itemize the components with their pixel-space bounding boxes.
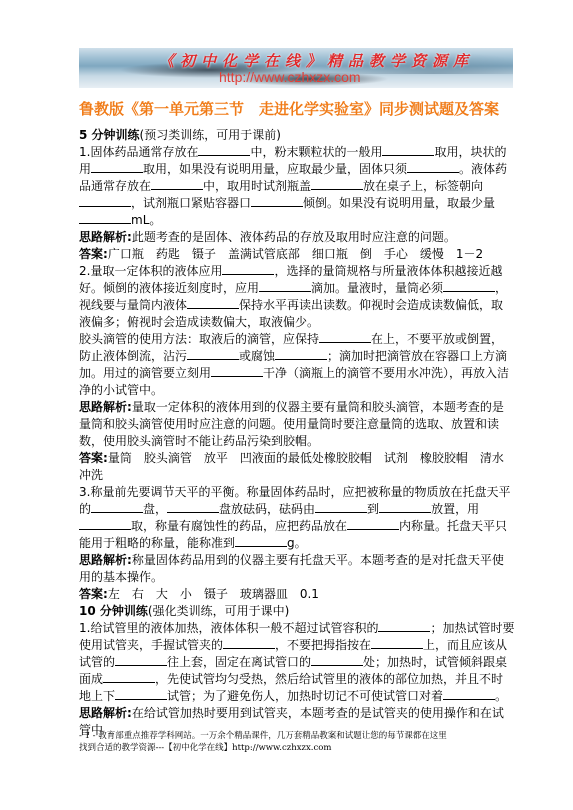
blank (91, 501, 143, 513)
banner-url[interactable]: http://www.czhxzx.com (219, 69, 361, 85)
blank (259, 280, 311, 292)
section-heading: 10 分钟训练(强化类训练，可用于课中) (79, 603, 515, 620)
question-2: 2.量取一定体积的液体应用，选择的量筒规格与所量液体体积越接近越好。倾倒的液体接… (79, 263, 515, 331)
blank (347, 518, 399, 530)
analysis: 思路解析:称量固体药品用到的仪器主要有托盘天平。本题考查的是对托盘天平使用的基本… (79, 552, 515, 586)
blank (151, 178, 203, 190)
banner-title: 《初中化学在线》精品教学资源库 (159, 50, 474, 71)
blank (79, 518, 131, 530)
blank (275, 348, 327, 360)
answer: 答案:广口瓶 药匙 镊子 盖满试管底部 细口瓶 倒 手心 缓慢 1－2 (79, 246, 515, 263)
blank (407, 161, 459, 173)
answer: 答案:左 右 大 小 镊子 玻璃器皿 0.1 (79, 586, 515, 603)
question-4: 1.给试管里的液体加热，液体体积一般不超过试管容积的；加热试管时要使用试管夹，手… (79, 620, 515, 705)
section-heading: 5 分钟训练(预习类训练，可用于课前) (79, 127, 515, 144)
question-3: 3.称量前先要调节天平的平衡。称量固体药品时，应把被称量的物质放在托盘天平的盘，… (79, 484, 515, 552)
blank (311, 178, 363, 190)
document-body: 5 分钟训练(预习类训练，可用于课前) 1.固体药品通常存放在中，粉末颗粒状的一… (79, 127, 515, 739)
blank (103, 671, 155, 683)
site-banner: 《初中化学在线》精品教学资源库 http://www.czhxzx.com (79, 48, 513, 88)
blank (315, 501, 367, 513)
footer-line: 找到合适的教学资源---【初中化学在线】http://www.czhxzx.co… (79, 742, 519, 754)
page-footer: - 1 - 教育部重点推荐学科网站。一万余个精品课件，几万套精品教案和试题让您的… (79, 730, 519, 754)
blank (187, 297, 239, 309)
blank (198, 144, 250, 156)
blank (319, 331, 371, 343)
section-heading-note: (强化类训练，可用于课中) (148, 604, 289, 618)
question-1: 1.固体药品通常存放在中，粉末颗粒状的一般用取用，块状的用取用，如果没有说明用量… (79, 144, 515, 229)
section-heading-note: (预习类训练，可用于课前) (140, 128, 281, 142)
question-2-dropper: 胶头滴管的使用方法：取液后的滴管，应保持在上，不要平放或倒置，防止液体倒流，沾污… (79, 331, 515, 399)
analysis: 思路解析:量取一定体积的液体用到的仪器主要有量筒和胶头滴管，本题考查的是量筒和胶… (79, 399, 515, 450)
blank (115, 654, 167, 666)
document-title: 鲁教版《第一单元第三节 走进化学实验室》同步测试题及答案 (79, 98, 499, 119)
blank (311, 654, 363, 666)
footer-line: - 1 - 教育部重点推荐学科网站。一万余个精品课件，几万套精品教案和试题让您的… (79, 730, 519, 742)
blank (443, 688, 495, 700)
blank (223, 637, 275, 649)
section-heading-bold: 5 分钟训练 (79, 128, 140, 142)
section-heading-bold: 10 分钟训练 (79, 604, 148, 618)
blank (187, 348, 239, 360)
blank (79, 195, 131, 207)
analysis: 思路解析:此题考查的是固体、液体药品的存放及取用时应注意的问题。 (79, 229, 515, 246)
answer: 答案:量筒 胶头滴管 放平 凹液面的最低处橡胶胶帽 试剂 橡胶胶帽 清水冲洗 (79, 450, 515, 484)
blank (443, 280, 495, 292)
blank (251, 195, 303, 207)
blank (379, 501, 431, 513)
blank (222, 263, 274, 275)
blank (371, 637, 423, 649)
blank (167, 501, 219, 513)
blank (382, 144, 434, 156)
blank (91, 161, 143, 173)
blank (115, 688, 167, 700)
blank (378, 620, 430, 632)
blank (235, 535, 287, 547)
blank (211, 365, 263, 377)
blank (79, 212, 131, 224)
